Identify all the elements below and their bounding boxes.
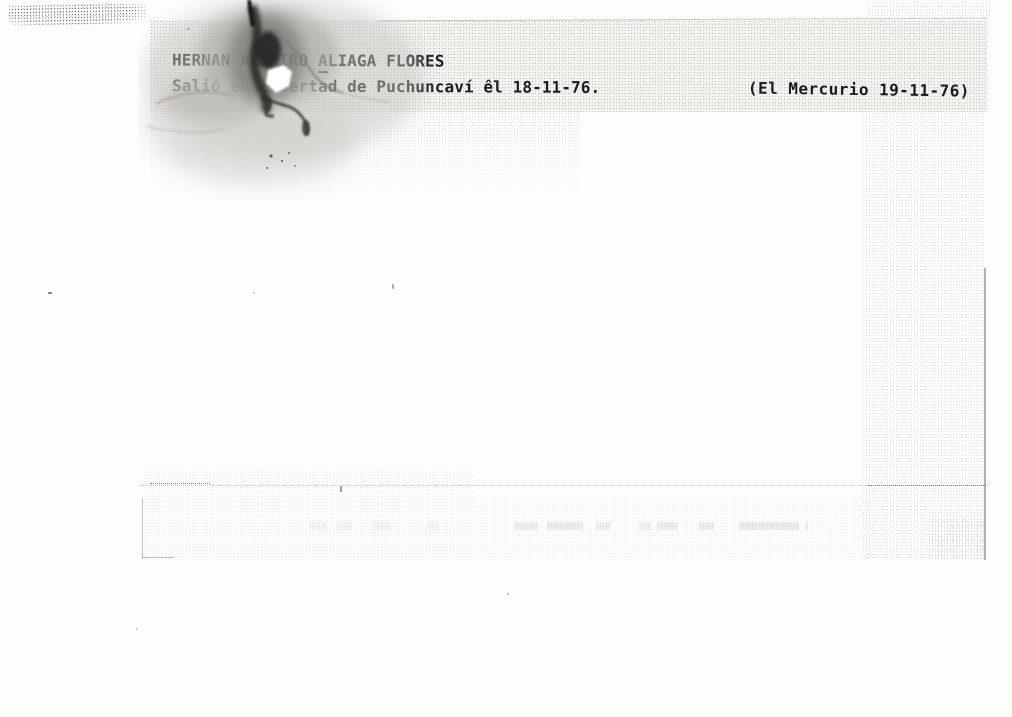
bleedthrough-word bbox=[515, 522, 537, 530]
bleedthrough-word bbox=[373, 522, 391, 530]
detainee-name-line: HERNAN ALAMIRO ALIAGA FLORES bbox=[172, 50, 445, 70]
release-line: Salió en libertad de Puchuncaví êl 18-11… bbox=[172, 76, 600, 97]
scanned-page: HERNAN ALAMIRO ALIAGA FLORES Salió en li… bbox=[0, 0, 1012, 717]
name-pre: HERNAN ALAMIRO bbox=[172, 50, 318, 70]
halftone-texture-mid-left bbox=[150, 112, 580, 207]
bleedthrough-word bbox=[548, 522, 582, 530]
fold-line bbox=[140, 485, 988, 486]
bleedthrough-word bbox=[806, 522, 808, 530]
bleedthrough-word bbox=[310, 522, 326, 530]
speck bbox=[392, 284, 394, 289]
halftone-texture-bottom-right bbox=[928, 518, 986, 560]
bleedthrough-word bbox=[640, 522, 652, 530]
fold-line-segment bbox=[868, 485, 986, 486]
card-right-edge bbox=[984, 268, 986, 560]
source-note: (El Mercurio 19-11-76) bbox=[748, 78, 970, 100]
name-post: LIAGA FLORES bbox=[328, 51, 445, 71]
fold-line-segment bbox=[150, 483, 210, 484]
halftone-texture-bottom-mid bbox=[473, 498, 873, 560]
bleedthrough-word bbox=[597, 522, 611, 530]
name-underlined-initial: A bbox=[318, 51, 328, 73]
bleedthrough-word bbox=[700, 522, 713, 530]
speck bbox=[48, 292, 52, 294]
halftone-texture-right-margin bbox=[862, 112, 986, 560]
bleedthrough-word bbox=[428, 522, 440, 530]
speck bbox=[340, 486, 342, 492]
halftone-texture-bottom-left bbox=[143, 468, 473, 560]
ink-blot bbox=[138, 0, 438, 200]
speck bbox=[187, 28, 190, 30]
bleedthrough-word bbox=[338, 522, 352, 530]
card-bottom-corner bbox=[142, 557, 174, 558]
bleedthrough-word bbox=[658, 522, 678, 530]
speck bbox=[253, 292, 255, 294]
card-top-edge bbox=[380, 18, 988, 22]
speck bbox=[136, 628, 138, 630]
halftone-texture-top-right bbox=[868, 2, 990, 17]
card-left-edge bbox=[142, 498, 143, 558]
bleedthrough-word bbox=[740, 522, 800, 530]
speck bbox=[507, 593, 509, 595]
scan-noise-band bbox=[8, 3, 146, 27]
